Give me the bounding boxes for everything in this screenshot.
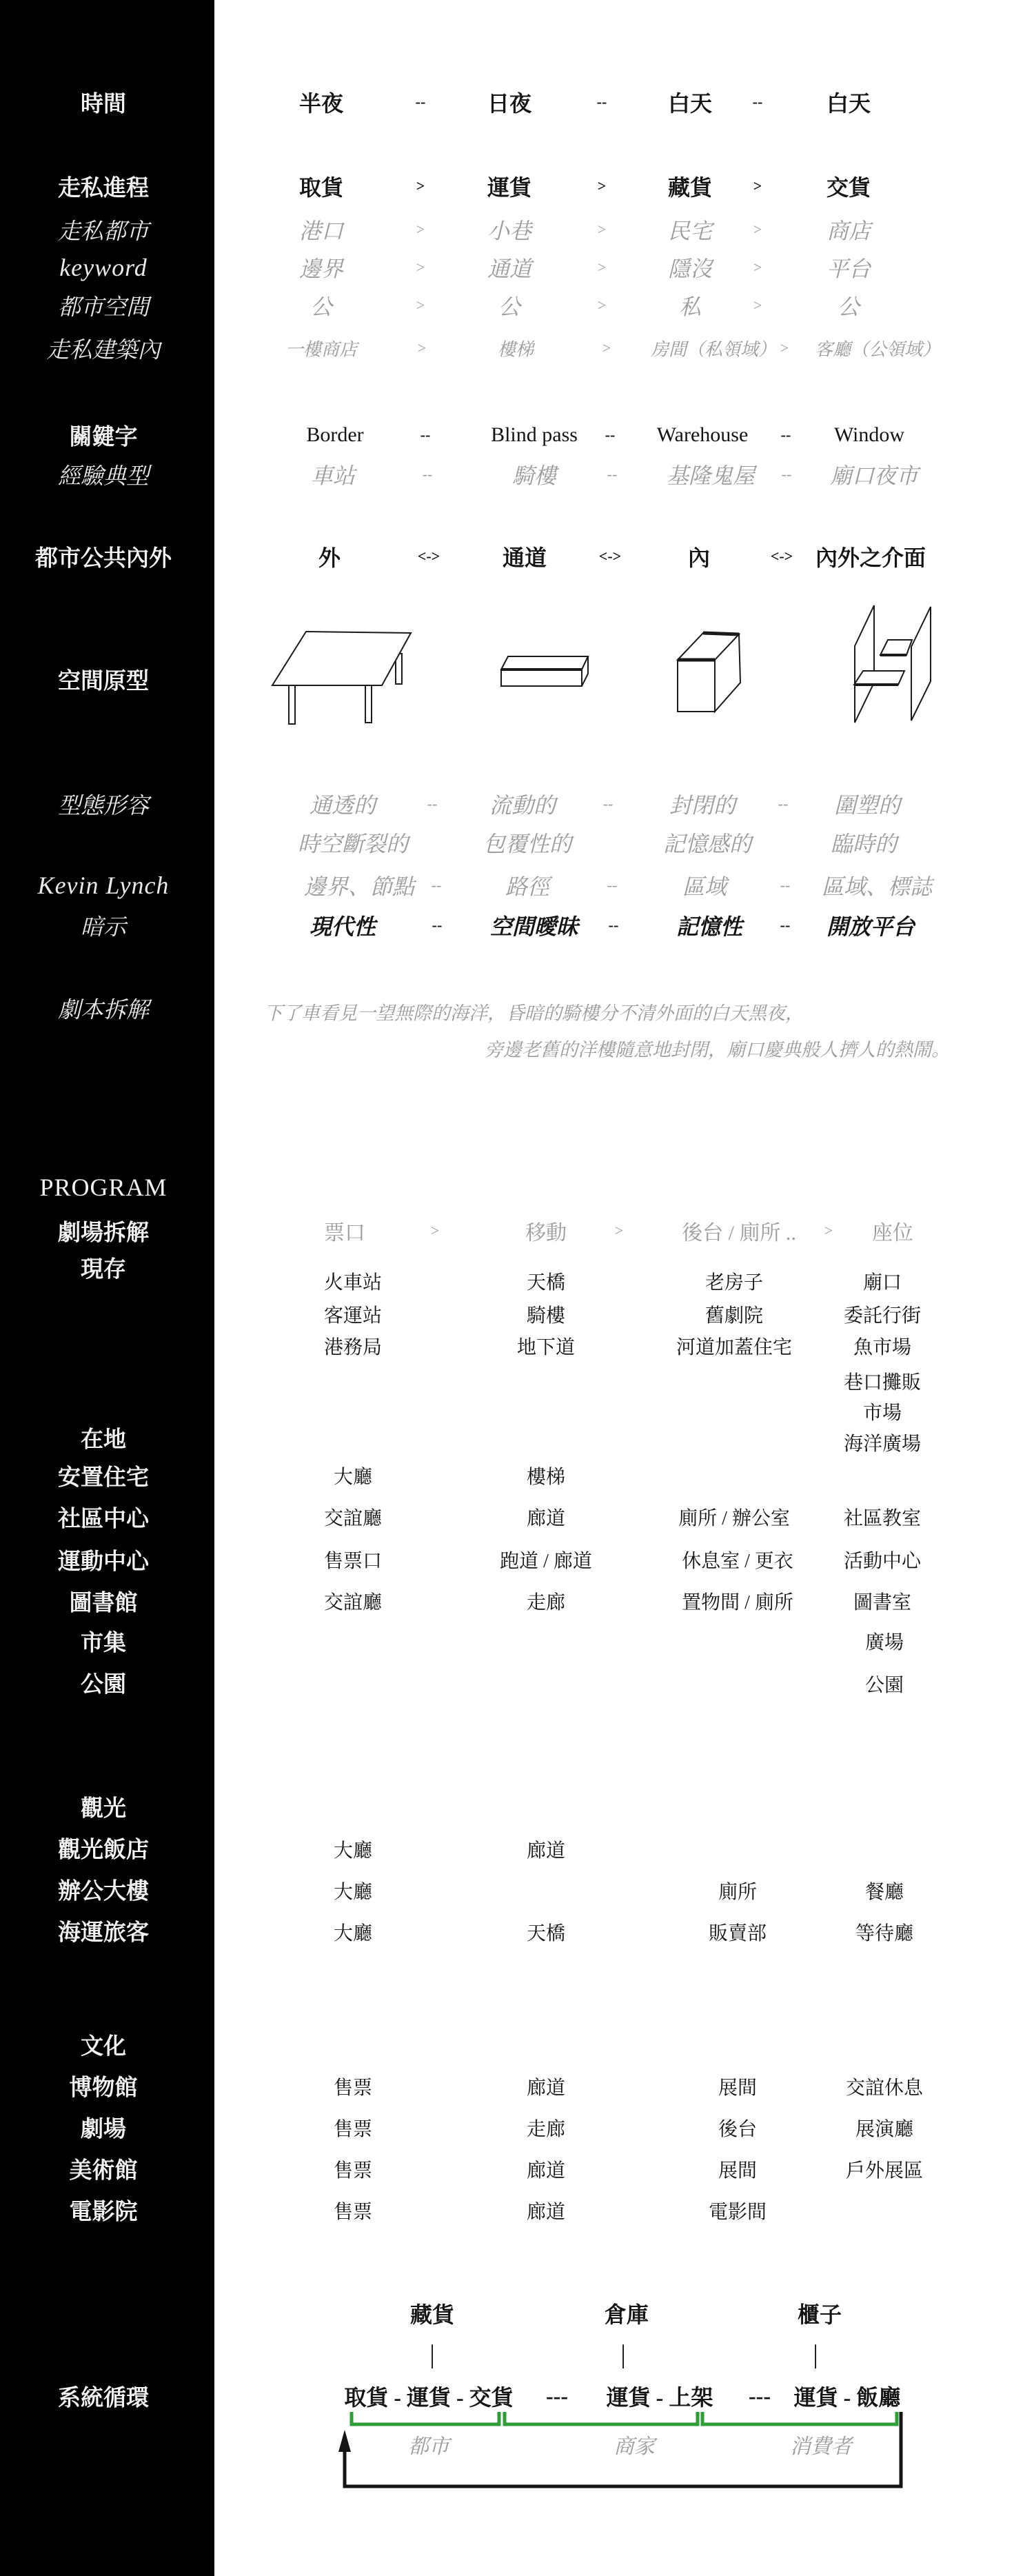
sidebar-label-keywords: 關鍵字	[70, 419, 138, 452]
sidebar-label-park: 公園	[81, 1667, 126, 1699]
program-cell: 海洋廣場	[844, 1429, 921, 1456]
parallel-planes-drawing	[854, 605, 931, 723]
cell: 運貨	[487, 170, 531, 202]
separator: --	[780, 916, 791, 934]
cell: 開放平台	[827, 909, 915, 941]
separator: --	[607, 465, 618, 483]
cell: 記憶感的	[663, 827, 751, 858]
program-cell: 廊道	[527, 1835, 565, 1863]
program-cell: 走廊	[527, 2114, 565, 2142]
separator: <->	[418, 547, 440, 565]
program-cell: 廟口	[863, 1267, 902, 1295]
sidebar-label-library: 圖書館	[70, 1585, 138, 1618]
program-cell: 港務局	[324, 1332, 382, 1360]
separator: --	[607, 876, 618, 894]
program-cell: 大廳	[334, 1462, 372, 1489]
sidebar-label-smuggle-building: 走私建築內	[47, 332, 161, 365]
cell: 私	[679, 290, 701, 321]
sidebar-label-experience: 經驗典型	[58, 459, 149, 491]
sidebar-label-hotel: 觀光飯店	[58, 1832, 149, 1864]
cell: 封閉的	[669, 788, 736, 820]
program-cell: 戶外展區	[846, 2155, 923, 2183]
cell: 通道	[487, 252, 531, 283]
cell: 時空斷裂的	[298, 827, 408, 858]
sidebar-label-museum: 博物館	[70, 2070, 138, 2102]
program-cell: 樓梯	[527, 1462, 565, 1489]
program-cell: 售票	[334, 2197, 372, 2224]
cell: 商店	[827, 214, 871, 245]
separator: >	[598, 296, 606, 314]
cell: 樓梯	[498, 336, 534, 361]
cell: 內外之介面	[815, 541, 926, 572]
cell: 公	[838, 290, 860, 321]
program-cell: 社區教室	[844, 1503, 921, 1531]
program-cell: 巷口攤販	[844, 1367, 921, 1395]
separator: --	[420, 426, 431, 444]
sidebar-label-kevin-lynch: Kevin Lynch	[38, 871, 170, 900]
cell: 現代性	[310, 909, 376, 941]
cell: 藏貨	[668, 170, 712, 202]
program-header-cell: 移動	[525, 1216, 567, 1246]
program-cell: 餐廳	[865, 1877, 904, 1904]
program-header-cell: 座位	[872, 1216, 913, 1246]
program-cell: 交誼廳	[324, 1503, 382, 1531]
sidebar-label-hint: 暗示	[81, 909, 126, 942]
separator: >	[824, 1222, 833, 1240]
cell: 隱沒	[668, 252, 712, 283]
sidebar-label-market: 市集	[81, 1625, 126, 1658]
sidebar-label-script: 劇本拆解	[58, 992, 149, 1025]
cycle-group-label: 消費者	[790, 2429, 852, 2459]
separator: >	[418, 339, 426, 357]
sidebar-label-form: 型態形容	[58, 788, 149, 821]
separator: >	[416, 177, 425, 195]
program-cell: 火車站	[324, 1267, 382, 1295]
cell: 公	[310, 290, 332, 321]
separator: <->	[599, 547, 621, 565]
program-cell: 展間	[718, 2155, 757, 2183]
program-cell: 廊道	[527, 2197, 565, 2224]
cell: 房間（私領域）	[651, 336, 776, 361]
separator: >	[598, 221, 606, 239]
cell: 港口	[299, 214, 343, 245]
separator: >	[780, 339, 789, 357]
program-cell: 魚市場	[853, 1332, 911, 1360]
program-cell: 售票	[334, 2155, 372, 2183]
separator: >	[753, 221, 762, 239]
cell: 取貨	[299, 170, 343, 202]
program-cell: 後台	[718, 2114, 757, 2142]
program-cell: 交誼廳	[324, 1587, 382, 1615]
cell: 圍塑的	[834, 788, 900, 820]
sidebar-label-office: 辦公大樓	[58, 1873, 149, 1906]
program-cell: 委託行街	[844, 1300, 921, 1328]
program-cell: 廊道	[527, 2155, 565, 2183]
sidebar-label-theatre-breakdown: 劇場拆解	[58, 1215, 149, 1247]
program-cell: 客運站	[324, 1300, 382, 1328]
program-cell: 天橋	[527, 1918, 565, 1946]
separator: --	[782, 465, 792, 483]
cell: 通道	[503, 541, 547, 572]
cell: 區域、標誌	[822, 869, 932, 901]
sidebar-label-smuggle-city: 走私都市	[58, 214, 149, 246]
cell: 車站	[311, 459, 355, 490]
cell: 內	[688, 541, 710, 572]
separator: --	[597, 93, 607, 111]
program-cell: 活動中心	[844, 1546, 921, 1573]
sidebar-label-tourism: 觀光	[81, 1791, 126, 1823]
cell: 流動的	[489, 788, 556, 820]
cell: Border	[306, 423, 363, 447]
cell: 路徑	[505, 869, 549, 901]
script-line: 旁邊老舊的洋樓隨意地封閉，廟口慶典般人擠人的熱鬧。	[485, 1035, 950, 1062]
up-arrowhead	[338, 2430, 351, 2452]
separator: --	[427, 795, 438, 813]
separator: >	[753, 296, 762, 314]
canopy-table-drawing	[272, 632, 411, 724]
separator: --	[609, 916, 619, 934]
separator: --	[605, 426, 616, 444]
separator: >	[431, 1222, 439, 1240]
cell: 小巷	[487, 214, 531, 245]
program-header-cell: 票口	[324, 1216, 365, 1246]
cell: Window	[834, 423, 904, 447]
sidebar-label-theatre: 劇場	[81, 2111, 126, 2144]
separator: >	[615, 1222, 623, 1240]
separator: >	[598, 259, 606, 276]
separator: --	[753, 93, 763, 111]
sidebar-label-public-inout: 都市公共內外	[35, 541, 172, 573]
sidebar	[0, 0, 214, 2576]
program-cell: 置物間 / 廁所	[682, 1587, 793, 1615]
program-cell: 大廳	[334, 1918, 372, 1946]
cell: 平台	[827, 252, 871, 283]
cell: 基隆鬼屋	[667, 459, 755, 490]
program-cell: 售票	[334, 2073, 372, 2100]
program-cell: 展間	[718, 2073, 757, 2100]
low-tube-drawing	[501, 656, 588, 686]
program-cell: 展演廳	[855, 2114, 913, 2142]
program-cell: 交誼休息	[846, 2073, 923, 2100]
program-cell: 市場	[863, 1398, 902, 1425]
sidebar-label-space-prototype: 空間原型	[58, 663, 149, 696]
cell: 半夜	[299, 86, 343, 118]
program-cell: 廊道	[527, 2073, 565, 2100]
cycle-group-label: 都市	[408, 2429, 449, 2459]
program-cell: 售票	[334, 2114, 372, 2142]
cell: Warehouse	[657, 423, 749, 447]
program-cell: 跑道 / 廊道	[500, 1546, 592, 1573]
cell: 臨時的	[831, 827, 897, 858]
green-bracket-group	[352, 2412, 897, 2424]
separator: --	[432, 916, 443, 934]
cycle-group-label: 商家	[614, 2429, 655, 2459]
cell: 邊界	[299, 252, 343, 283]
program-cell: 廁所	[718, 1877, 757, 1904]
separator: <->	[771, 547, 793, 565]
sidebar-label-sports-center: 運動中心	[58, 1544, 149, 1576]
cell: 邊界、節點	[304, 869, 414, 901]
program-cell: 等待廳	[855, 1918, 913, 1946]
space-prototype-drawings	[214, 593, 1034, 752]
program-cell: 販賣部	[709, 1918, 767, 1946]
separator: --	[416, 93, 426, 111]
separator: --	[778, 795, 789, 813]
cell: 交貨	[827, 170, 871, 202]
separator: --	[781, 426, 791, 444]
separator: --	[780, 876, 791, 894]
separator: >	[753, 259, 762, 276]
cycle-brackets-and-loop	[214, 2303, 1034, 2503]
program-cell: 圖書室	[853, 1587, 911, 1615]
program-cell: 廁所 / 辦公室	[678, 1503, 790, 1531]
script-line: 下了車看見一望無際的海洋，昏暗的騎樓分不清外面的白天黑夜，	[264, 998, 804, 1025]
program-header-cell: 後台 / 廁所 ..	[682, 1216, 796, 1246]
cell: 區域	[682, 869, 727, 901]
cell: 騎樓	[512, 459, 556, 490]
program-cell: 河道加蓋住宅	[676, 1332, 792, 1360]
closed-box-drawing	[678, 633, 740, 712]
cell: 廟口夜市	[830, 459, 918, 490]
program-cell: 老房子	[705, 1267, 763, 1295]
sidebar-label-keyword: keyword	[59, 253, 148, 282]
sidebar-label-local: 在地	[81, 1422, 126, 1454]
urban-analysis-board: 時間 走私進程 走私都市 keyword 都市空間 走私建築內 關鍵字 經驗典型…	[0, 0, 1034, 2576]
separator: >	[416, 259, 425, 276]
program-cell: 售票口	[324, 1546, 382, 1573]
program-cell: 電影間	[709, 2197, 767, 2224]
cell: 日夜	[487, 86, 531, 118]
sidebar-label-housing: 安置住宅	[58, 1460, 149, 1492]
sidebar-label-program: PROGRAM	[39, 1173, 167, 1202]
sidebar-label-culture: 文化	[81, 2029, 126, 2061]
program-cell: 廣場	[865, 1627, 904, 1655]
cell: 空間曖昧	[490, 909, 578, 941]
separator: >	[416, 221, 425, 239]
cell: 客廳（公領域）	[815, 336, 940, 361]
separator: >	[602, 339, 611, 357]
program-cell: 地下道	[517, 1332, 575, 1360]
sidebar-label-cinema: 電影院	[70, 2194, 138, 2226]
separator: >	[416, 296, 425, 314]
sidebar-label-system-cycle: 系統循環	[58, 2380, 149, 2413]
sidebar-label-existing: 現存	[81, 1251, 126, 1284]
cell: 外	[318, 541, 341, 572]
separator: --	[603, 795, 614, 813]
program-cell: 廊道	[527, 1503, 565, 1531]
cell: 一樓商店	[285, 336, 357, 361]
program-cell: 大廳	[334, 1835, 372, 1863]
separator: --	[423, 465, 433, 483]
cell: 公	[498, 290, 520, 321]
cell: 通透的	[310, 788, 376, 820]
program-cell: 走廊	[527, 1587, 565, 1615]
sidebar-label-community-center: 社區中心	[58, 1501, 149, 1533]
program-cell: 休息室 / 更衣	[682, 1546, 793, 1573]
program-cell: 公園	[865, 1670, 904, 1698]
cell: 白天	[827, 86, 871, 118]
separator: >	[753, 177, 762, 195]
program-cell: 騎樓	[527, 1300, 565, 1328]
sidebar-label-smuggle-process: 走私進程	[58, 170, 149, 203]
separator: >	[598, 177, 607, 195]
separator: --	[432, 876, 442, 894]
cell: 包覆性的	[483, 827, 571, 858]
program-cell: 大廳	[334, 1877, 372, 1904]
program-cell: 天橋	[527, 1267, 565, 1295]
sidebar-label-time: 時間	[81, 86, 126, 119]
cell: 記憶性	[676, 909, 742, 941]
cell: 白天	[668, 86, 712, 118]
sidebar-label-sea-passenger: 海運旅客	[58, 1915, 149, 1947]
sidebar-label-art-museum: 美術館	[70, 2153, 138, 2185]
cell: Blind pass	[491, 423, 578, 447]
program-cell: 舊劇院	[705, 1300, 763, 1328]
sidebar-label-urban-space: 都市空間	[58, 290, 149, 322]
cell: 民宅	[668, 214, 712, 245]
